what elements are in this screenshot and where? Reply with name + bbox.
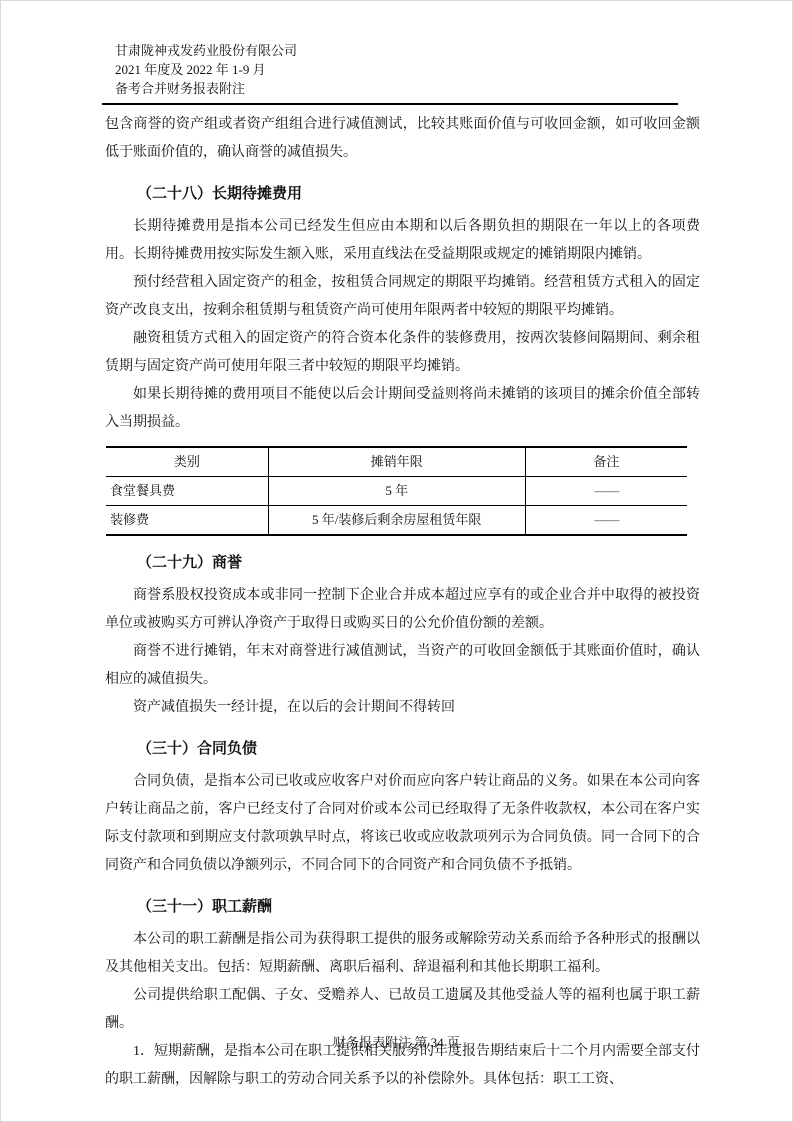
page: 甘肃陇神戎发药业股份有限公司 2021 年度及 2022 年 1-9 月 备考合…: [1, 1, 792, 1121]
doc-header: 甘肃陇神戎发药业股份有限公司 2021 年度及 2022 年 1-9 月 备考合…: [105, 41, 700, 103]
paragraph: 本公司的职工薪酬是指公司为获得职工提供的服务或解除劳动关系而给予各种形式的报酬以…: [105, 926, 700, 982]
amortization-table: 类别 摊销年限 备注 食堂餐具费 5 年 —— 装修费 5 年/装修后剩余房屋租…: [106, 446, 687, 536]
table-header-row: 类别 摊销年限 备注: [106, 447, 687, 477]
table-cell-remark: ——: [525, 506, 687, 536]
table-cell-category: 食堂餐具费: [106, 477, 268, 506]
paragraph: 资产减值损失一经计提，在以后的会计期间不得转回: [105, 694, 700, 722]
paragraph: 长期待摊费用是指本公司已经发生但应由本期和以后各期负担的期限在一年以上的各项费用…: [105, 213, 700, 269]
table-header-amortization-period: 摊销年限: [268, 447, 525, 477]
table-row: 装修费 5 年/装修后剩余房屋租赁年限 ——: [106, 506, 687, 536]
header-rule: [102, 103, 678, 105]
paragraph: 如果长期待摊的费用项目不能使以后会计期间受益则将尚未摊销的该项目的摊余价值全部转…: [105, 381, 700, 437]
header-report-period: 2021 年度及 2022 年 1-9 月: [115, 60, 700, 79]
table-cell-period: 5 年: [268, 477, 525, 506]
paragraph: 融资租赁方式租入的固定资产的符合资本化条件的装修费用，按两次装修间隔期间、剩余租…: [105, 325, 700, 381]
document-body: 包含商誉的资产组或者资产组组合进行减值测试，比较其账面价值与可收回金额，如可收回…: [105, 111, 700, 1094]
paragraph-goodwill-continuation: 包含商誉的资产组或者资产组组合进行减值测试，比较其账面价值与可收回金额，如可收回…: [105, 111, 700, 167]
document-page: { "doc": { "header": { "line1": "甘肃陇神戎发药…: [0, 0, 793, 1122]
table-header-remark: 备注: [525, 447, 687, 477]
section-heading-31: （三十一）职工薪酬: [105, 895, 700, 919]
section-heading-30: （三十）合同负债: [105, 737, 700, 761]
table-header-category: 类别: [106, 447, 268, 477]
page-footer: 财务报表附注 第 34 页: [1, 1032, 792, 1051]
table-cell-remark: ——: [525, 477, 687, 506]
table-row: 食堂餐具费 5 年 ——: [106, 477, 687, 506]
paragraph: 预付经营租入固定资产的租金，按租赁合同规定的期限平均摊销。经营租赁方式租入的固定…: [105, 269, 700, 325]
paragraph: 商誉不进行摊销，年末对商誉进行减值测试，当资产的可收回金额低于其账面价值时，确认…: [105, 638, 700, 694]
section-heading-29: （二十九）商誉: [105, 551, 700, 575]
section-heading-28: （二十八）长期待摊费用: [105, 182, 700, 206]
table-cell-category: 装修费: [106, 506, 268, 536]
header-report-title: 备考合并财务报表附注: [115, 79, 700, 98]
table-cell-period: 5 年/装修后剩余房屋租赁年限: [268, 506, 525, 536]
paragraph: 公司提供给职工配偶、子女、受赡养人、已故员工遗属及其他受益人等的福利也属于职工薪…: [105, 982, 700, 1038]
header-company-name: 甘肃陇神戎发药业股份有限公司: [115, 41, 700, 60]
paragraph: 商誉系股权投资成本或非同一控制下企业合并成本超过应享有的或企业合并中取得的被投资…: [105, 582, 700, 638]
paragraph: 合同负债，是指本公司已收或应收客户对价而应向客户转让商品的义务。如果在本公司向客…: [105, 768, 700, 880]
